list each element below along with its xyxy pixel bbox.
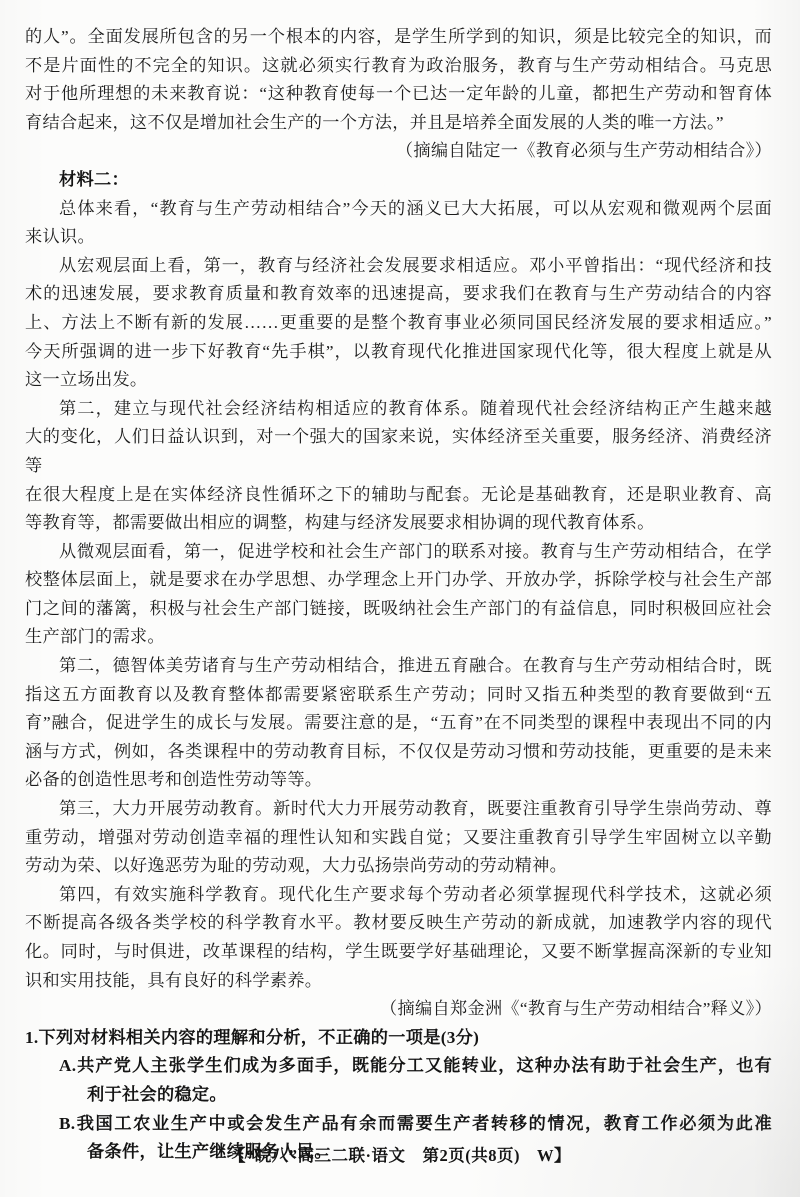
page-footer: 【“皖八”高三二联·语文 第2页(共8页) W】 (0, 1142, 800, 1166)
question1-stem: 1.下列对材料相关内容的理解和分析，不正确的一项是(3分) (25, 1024, 772, 1053)
material2-line: 大的变化，人们日益认识到，对一个强大的国家来说，实体经济至关重要，服务经济、消费… (25, 423, 772, 480)
material2-heading: 材料二： (25, 166, 772, 195)
material2-line: 第三，大力开展劳动教育。新时代大力开展劳动教育，既要注重教育引导学生崇尚劳动、尊 (25, 795, 772, 824)
material2-line: 这一立场出发。 (25, 366, 772, 395)
material2-line: 化。同时，与时俱进，改革课程的结构，学生既要学好基础理论，又要不断掌握高深新的专… (25, 938, 772, 967)
material2-line: 第四，有效实施科学教育。现代化生产要求每个劳动者必须掌握现代科学技术，这就必须 (25, 881, 772, 910)
material2-line: 等教育等，都需要做出相应的调整，构建与经济发展要求相协调的现代教育体系。 (25, 509, 772, 538)
material2-line: 重劳动，增强对劳动创造幸福的理性认知和实践自觉；又要注重教育引导学生牢固树立以辛… (25, 824, 772, 853)
material2-line: 从宏观层面上看，第一，教育与经济社会发展要求相适应。邓小平曾指出：“现代经济和技 (25, 252, 772, 281)
material2-line: 总体来看，“教育与生产劳动相结合”今天的涵义已大大拓展，可以从宏观和微观两个层面 (25, 195, 772, 224)
material1-line: 育结合起来，这不仅是增加社会生产的一个方法，并且是培养全面发展的人类的唯一方法。… (25, 109, 772, 138)
material2-line: 劳动为荣、以好逸恶劳为耻的劳动观，大力弘扬崇尚劳动的劳动精神。 (25, 852, 772, 881)
material2-line: 来认识。 (25, 223, 772, 252)
material2-line: 从微观层面看，第一，促进学校和社会生产部门的联系对接。教育与生产劳动相结合，在学 (25, 538, 772, 567)
material2-attribution: （摘编自郑金洲《“教育与生产劳动相结合”释义》） (25, 995, 772, 1024)
material1-line: 不是片面性的不完全的知识。这就必须实行教育为政治服务，教育与生产劳动相结合。马克… (25, 52, 772, 81)
material1-line: 对于他所理想的未来教育说：“这种教育使每一个已达一定年龄的儿童，都把生产劳动和智… (25, 80, 772, 109)
material2-line: 校整体层面上，就是要求在办学思想、办学理念上开门办学、开放办学，拆除学校与社会生… (25, 566, 772, 595)
material1-line: 的人”。全面发展所包含的另一个根本的内容，是学生所学到的知识，须是比较完全的知识… (25, 23, 772, 52)
material2-line: 识和实用技能，具有良好的科学素养。 (25, 967, 772, 996)
question1-option-a: A.共产党人主张学生们成为多面手，既能分工又能转业，这种办法有助于社会生产，也有 (25, 1052, 772, 1081)
material2-line: 必备的创造性思考和创造性劳动等等。 (25, 766, 772, 795)
material2-line: 门之间的藩篱，积极与社会生产部门链接，既吸纳社会生产部门的有益信息，同时积极回应… (25, 595, 772, 624)
material2-line: 指这五方面教育以及教育整体都需要紧密联系生产劳动；同时又指五种类型的教育要做到“… (25, 681, 772, 710)
material2-line: 上、方法上不断有新的发展……更重要的是整个教育事业必须同国民经济发展的要求相适应… (25, 309, 772, 338)
page-body: 的人”。全面发展所包含的另一个根本的内容，是学生所学到的知识，须是比较完全的知识… (25, 23, 772, 1167)
material2-line: 第二，建立与现代社会经济结构相适应的教育体系。随着现代社会经济结构正产生越来越 (25, 395, 772, 424)
material2-line: 不断提高各级各类学校的科学教育水平。教材要反映生产劳动的新成就，加速教学内容的现… (25, 909, 772, 938)
question1-option-b: B.我国工农业生产中或会发生产品有余而需要生产者转移的情况，教育工作必须为此准 (25, 1110, 772, 1139)
material2-line: 术的迅速发展，要求教育质量和教育效率的迅速提高，要求我们在教育与生产劳动结合的内… (25, 280, 772, 309)
material2-line: 今天所强调的进一步下好教育“先手棋”，以教育现代化推进国家现代化等，很大程度上就… (25, 338, 772, 367)
material1-attribution: （摘编自陆定一《教育必须与生产劳动相结合》） (25, 137, 772, 166)
question1-option-a-cont: 利于社会的稳定。 (25, 1081, 772, 1110)
material2-line: 在很大程度上是在实体经济良性循环之下的辅助与配套。无论是基础教育，还是职业教育、… (25, 481, 772, 510)
material2-line: 育”融合，促进学生的成长与发展。需要注意的是，“五育”在不同类型的课程中表现出不… (25, 709, 772, 738)
material2-line: 第二，德智体美劳诸育与生产劳动相结合，推进五育融合。在教育与生产劳动相结合时，既 (25, 652, 772, 681)
material2-line: 涵与方式，例如，各类课程中的劳动教育目标，不仅仅是劳动习惯和劳动技能，更重要的是… (25, 738, 772, 767)
exam-page: 的人”。全面发展所包含的另一个根本的内容，是学生所学到的知识，须是比较完全的知识… (0, 0, 800, 1197)
material2-line: 生产部门的需求。 (25, 623, 772, 652)
